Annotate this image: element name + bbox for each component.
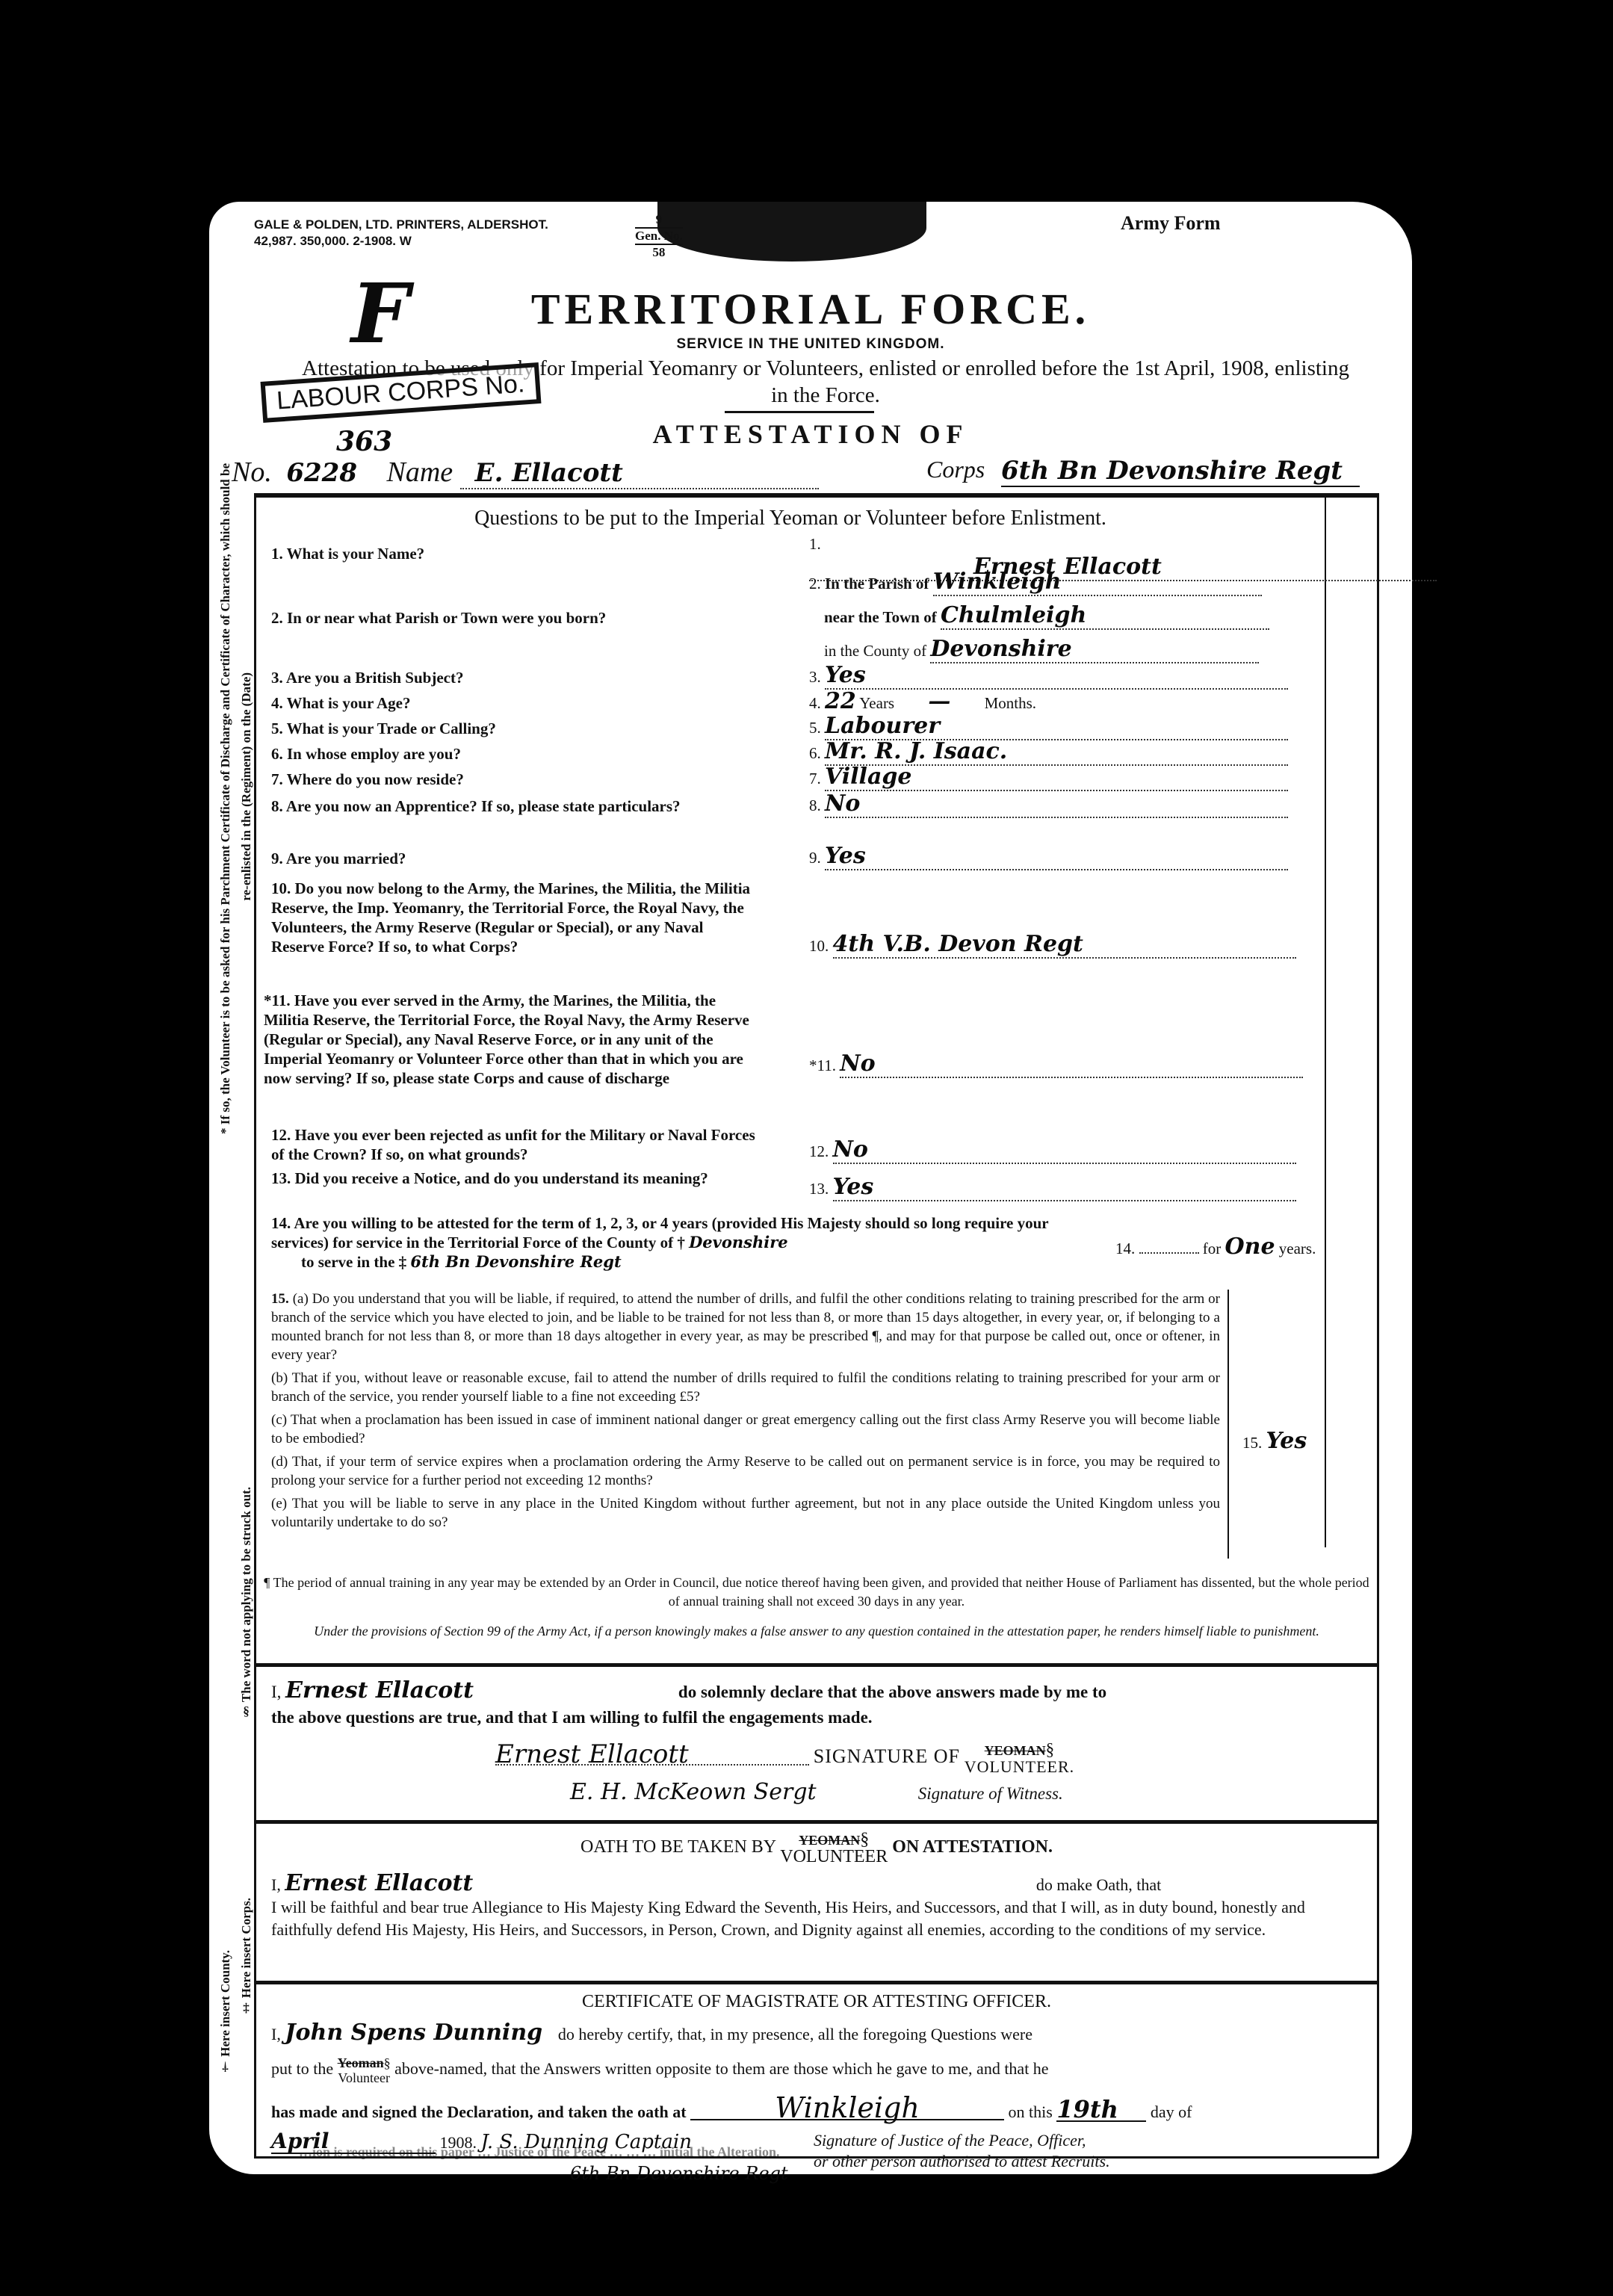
attestation-of-heading: ATTESTATION OF bbox=[209, 418, 1412, 450]
answer-11: *11. No bbox=[809, 1050, 1303, 1078]
question-3: 3. Are you a British Subject? bbox=[271, 668, 463, 687]
answer-8: 8. No bbox=[809, 790, 1288, 818]
document-subtitle: SERVICE IN THE UNITED KINGDOM. bbox=[209, 336, 1412, 353]
questions-heading: Questions to be put to the Imperial Yeom… bbox=[256, 507, 1325, 530]
volunteer-signature: Ernest Ellacott bbox=[495, 1745, 809, 1766]
answer-6: 6. Mr. R. J. Isaac. bbox=[809, 738, 1288, 766]
certificate-heading: CERTIFICATE OF MAGISTRATE OR ATTESTING O… bbox=[256, 1992, 1377, 2011]
question-8: 8. Are you now an Apprentice? If so, ple… bbox=[271, 796, 757, 816]
question-4: 4. What is your Age? bbox=[271, 693, 411, 713]
question-12: 12. Have you ever been rejected as unfit… bbox=[271, 1125, 757, 1164]
answer-13: 13. Yes bbox=[809, 1174, 1296, 1201]
question-10: 10. Do you now belong to the Army, the M… bbox=[271, 879, 757, 956]
answer-5: 5. Labourer bbox=[809, 713, 1288, 740]
answer-12: 12. No bbox=[809, 1136, 1296, 1164]
identity-line: No. 6228 Name E. Ellacott Corps 6th Bn D… bbox=[232, 456, 1375, 489]
attestation-document: GALE & POLDEN, LTD. PRINTERS, ALDERSHOT.… bbox=[209, 202, 1412, 2174]
attestation-place: Winkleigh bbox=[690, 2097, 1004, 2120]
question-14: 14. Are you willing to be attested for t… bbox=[271, 1213, 1093, 1272]
question-1: 1. What is your Name? bbox=[271, 544, 779, 563]
questions-box: Questions to be put to the Imperial Yeom… bbox=[254, 493, 1379, 2159]
question-9: 9. Are you married? bbox=[271, 849, 406, 868]
oath-heading: OATH TO BE TAKEN BY YEOMAN§ VOLUNTEER ON… bbox=[256, 1831, 1377, 1865]
certificate-text: I, John Spens Dunning do hereby certify,… bbox=[271, 2022, 1362, 2046]
answer-14: 14. for One years. bbox=[1115, 1234, 1316, 1260]
officer-unit: 6th Bn Devonshire Regt bbox=[570, 2164, 788, 2183]
training-footnote: ¶ The period of annual training in any y… bbox=[264, 1574, 1369, 1611]
oath-name: Ernest Ellacott bbox=[285, 1872, 1032, 1895]
volunteer-signature-row: Ernest Ellacott SIGNATURE OF YEOMAN§ VOL… bbox=[495, 1742, 1362, 1775]
printer-imprint: GALE & POLDEN, LTD. PRINTERS, ALDERSHOT.… bbox=[254, 217, 548, 250]
document-title: TERRITORIAL FORCE. bbox=[209, 284, 1412, 334]
oath-text: I, Ernest Ellacott do make Oath, that I … bbox=[271, 1872, 1362, 1941]
witness-signature: E. H. McKeown Sergt bbox=[570, 1783, 914, 1802]
attestation-day: 19th bbox=[1056, 2098, 1146, 2122]
answer-10: 10. 4th V.B. Devon Regt bbox=[809, 931, 1296, 959]
regimental-number: 6228 bbox=[286, 458, 357, 488]
answer-9: 9. Yes bbox=[809, 843, 1288, 870]
bottom-note: …ion is required on this paper … Justice… bbox=[299, 2144, 1330, 2160]
army-act-note: Under the provisions of Section 99 of th… bbox=[264, 1622, 1369, 1641]
answer-2-parish: 2. In the Parish of Winkleigh bbox=[809, 569, 1317, 596]
answer-7: 7. Village bbox=[809, 764, 1288, 791]
question-13: 13. Did you receive a Notice, and do you… bbox=[271, 1169, 757, 1188]
answer-4: 4. 22 Years — Months. bbox=[809, 688, 1036, 714]
question-2: 2. In or near what Parish or Town were y… bbox=[271, 608, 779, 628]
question-6: 6. In whose employ are you? bbox=[271, 744, 461, 764]
soldier-name: E. Ellacott bbox=[460, 458, 819, 489]
answer-3: 3. Yes bbox=[809, 662, 1288, 690]
attesting-officer-name: John Spens Dunning bbox=[285, 2022, 554, 2044]
gen-no: 9 Gen. No. 58 bbox=[635, 212, 683, 260]
question-11: *11. Have you ever served in the Army, t… bbox=[264, 991, 757, 1088]
question-5: 5. What is your Trade or Calling? bbox=[271, 719, 496, 738]
answer-2-town: near the Town of Chulmleigh bbox=[824, 602, 1317, 630]
declarant-name: Ernest Ellacott bbox=[285, 1678, 674, 1704]
witness-signature-row: E. H. McKeown Sergt Signature of Witness… bbox=[570, 1783, 1362, 1804]
answer-2-county: in the County of Devonshire bbox=[824, 636, 1317, 663]
question-15: 15. (a) Do you understand that you will … bbox=[271, 1290, 1220, 1532]
corps-value: 6th Bn Devonshire Regt bbox=[1001, 456, 1360, 487]
declaration: I, Ernest Ellacott do solemnly declare t… bbox=[271, 1678, 1362, 1730]
answer-15: 15. Yes bbox=[1242, 1428, 1307, 1454]
question-7: 7. Where do you now reside? bbox=[271, 770, 464, 789]
army-form-label: Army Form bbox=[1121, 212, 1221, 235]
